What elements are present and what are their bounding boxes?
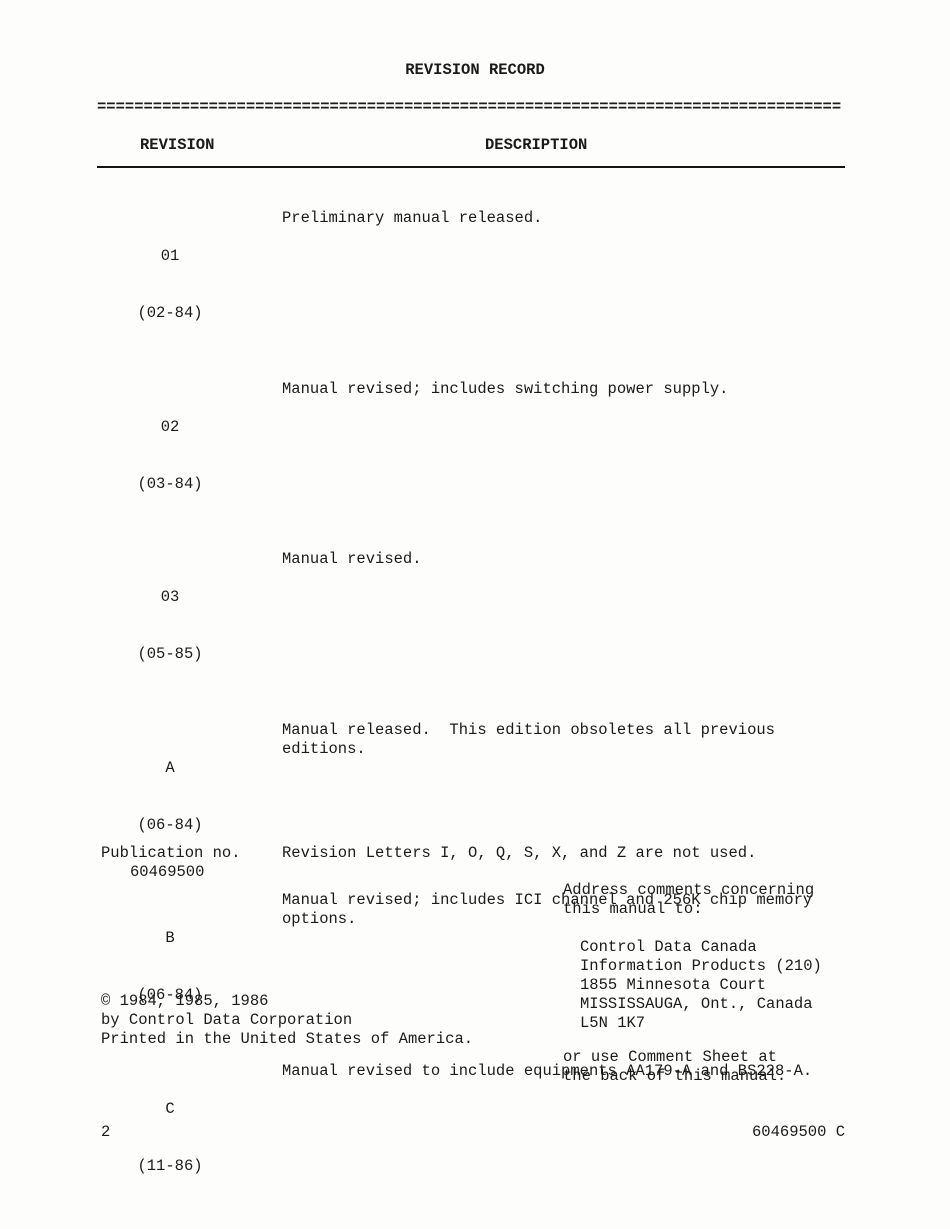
revision-date: (03-84) [101,475,239,494]
table-row: 03 (05-85) Manual revised. [101,550,861,702]
page-number: 2 [101,1123,110,1142]
copyright-notice: © 1984, 1985, 1986 by Control Data Corpo… [101,992,473,1049]
header-rule [97,166,845,168]
document-page: REVISION RECORD ========================… [0,0,950,1229]
publication-number: 60469500 [130,863,204,882]
revision-date: (05-85) [101,645,239,664]
revision-code: 02 [101,418,239,437]
description-cell: Manual revised. [282,550,422,702]
revision-letters-note: Revision Letters I, O, Q, S, X, and Z ar… [282,844,756,863]
publication-label: Publication no. [101,844,241,863]
column-header-revision: REVISION [140,136,214,155]
address-block: Control Data Canada Information Products… [580,938,822,1033]
revision-code: A [101,759,239,778]
revision-date: (02-84) [101,304,239,323]
document-id: 60469500 C [752,1123,845,1142]
address-intro: Address comments concerning this manual … [563,881,814,919]
page-title: REVISION RECORD [0,61,950,80]
revision-cell: 03 (05-85) [101,550,239,702]
revision-code: C [101,1100,239,1119]
table-row: 01 (02-84) Preliminary manual released. [101,209,861,361]
comment-sheet-note: or use Comment Sheet at the back of this… [563,1048,786,1086]
description-cell: Preliminary manual released. [282,209,542,361]
revision-cell: C (11-86) [101,1062,239,1214]
double-rule: ========================================… [97,98,847,117]
revision-date: (11-86) [101,1157,239,1176]
revision-code: 03 [101,588,239,607]
revision-code: B [101,929,239,948]
revision-cell: 02 (03-84) [101,380,239,532]
revision-cell: 01 (02-84) [101,209,239,361]
revision-code: 01 [101,247,239,266]
description-cell: Manual revised; includes switching power… [282,380,728,532]
table-row: 02 (03-84) Manual revised; includes swit… [101,380,861,532]
revision-date: (06-84) [101,816,239,835]
column-header-description: DESCRIPTION [485,136,587,155]
